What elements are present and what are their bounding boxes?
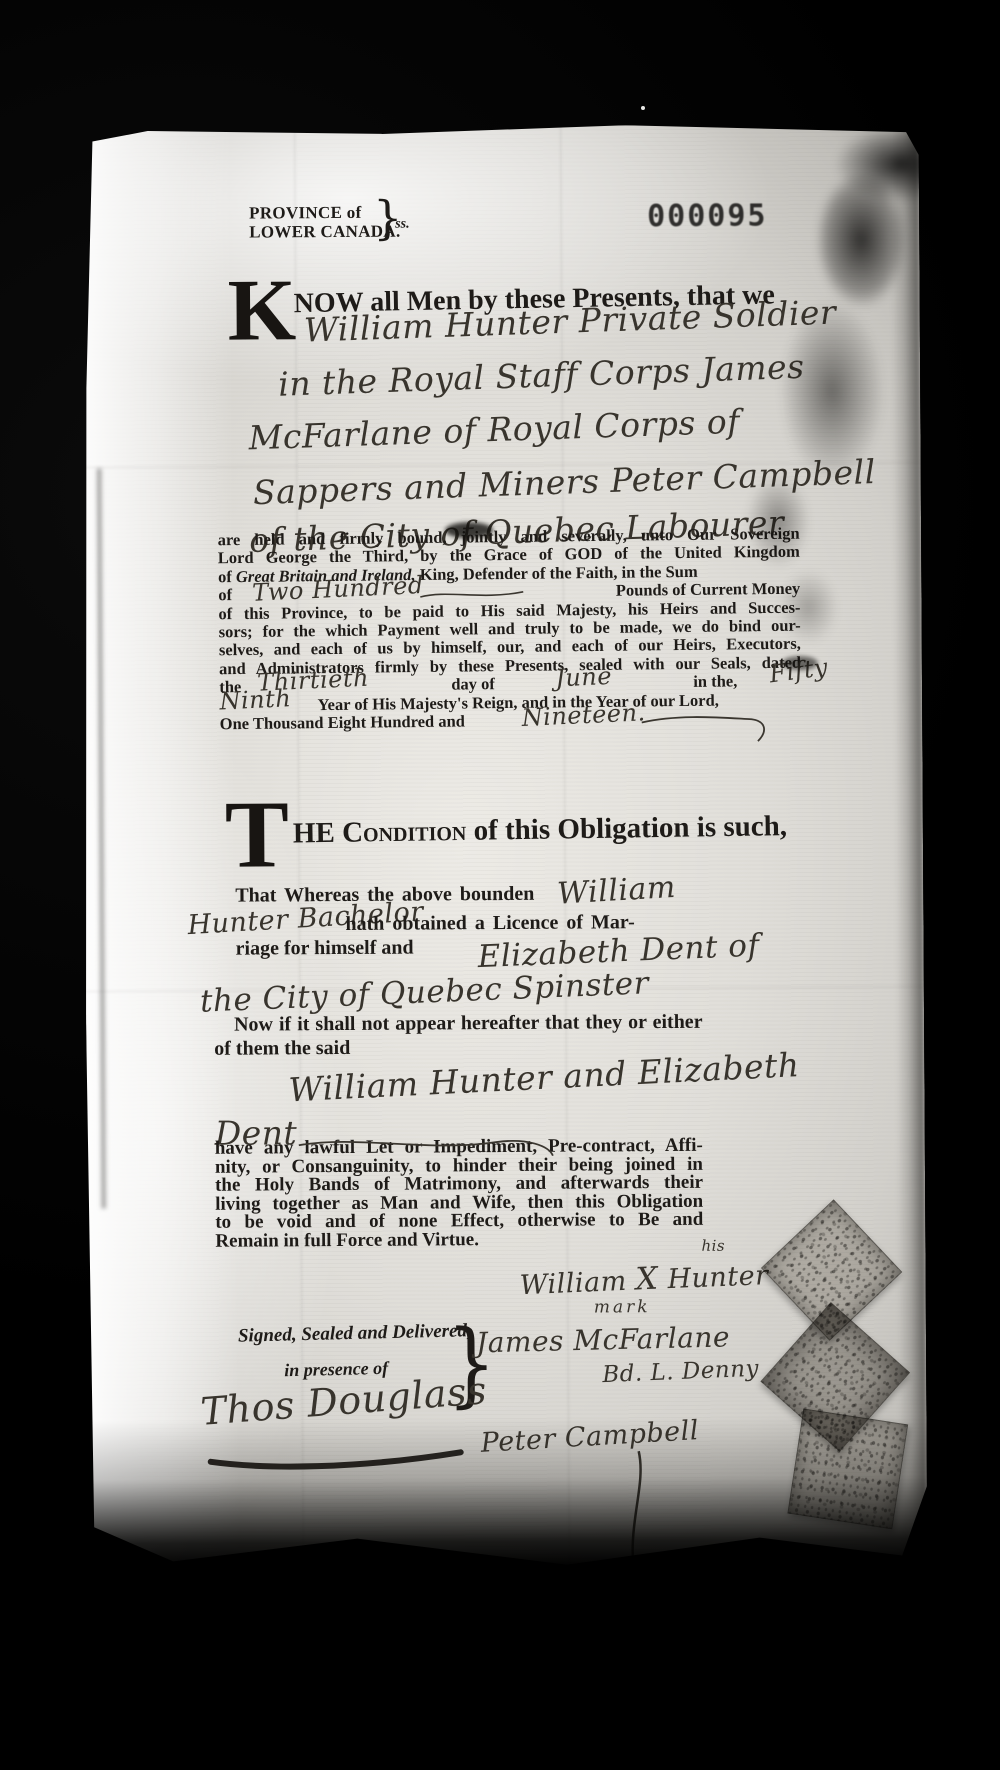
pen-flourish (297, 1130, 557, 1162)
now-line2: of them the said (214, 1037, 350, 1061)
text-segment: of (218, 586, 232, 605)
attestation-line1: Signed, Sealed and Delivered, (238, 1320, 472, 1348)
text-segment: One Thousand Eight Hundred and (220, 712, 465, 733)
signature-underline-flourish (207, 1444, 467, 1472)
ink-stain-top-right (681, 131, 934, 673)
text-segment: of (218, 567, 236, 586)
signature-descender-stroke (617, 1451, 658, 1585)
marriage-bond-paper: PROVINCE of LOWER CANADA. } ss. 000095 K… (81, 123, 928, 1570)
witness-signature: Thos Douglass (199, 1368, 488, 1434)
text-segment: day of (451, 675, 495, 694)
bondsman1-note: Bd. L. Denny (602, 1356, 760, 1388)
text-segment: of this Obligation is such, (466, 810, 787, 847)
text-segment: HE (293, 817, 343, 850)
dropcap-t: T (225, 799, 289, 868)
bondsman1-signature: James McFarlane (476, 1320, 731, 1359)
jurisdiction-abbrev: ss. (395, 217, 410, 233)
bondsman2-signature: Peter Campbell (480, 1415, 700, 1459)
text-segment: Hunter (667, 1260, 769, 1295)
handwritten-mark: mark (594, 1297, 651, 1317)
handwritten-groom-name-a: William (556, 870, 676, 912)
handwritten-regnal-year-b: Ninth (219, 689, 292, 711)
condition-heading: HE Condition of this Obligation is such, (293, 810, 788, 850)
handwritten-month: June (555, 667, 613, 688)
pen-flourish (640, 711, 770, 746)
handwritten-couple-names: William Hunter and Elizabeth (288, 1045, 801, 1109)
wafer-seal (787, 1409, 908, 1530)
handwritten-party-line: McFarlane of Royal Corps of (248, 402, 741, 458)
handwritten-his: his (701, 1237, 725, 1255)
groom-signature: William X Hunter (519, 1256, 769, 1302)
year-line: One Thousand Eight Hundred and Nineteen. (220, 709, 802, 734)
handwritten-sum: Two Hundred (252, 576, 424, 602)
whereas-line3: riage for himself and (236, 937, 414, 961)
text-segment: William (519, 1266, 627, 1301)
blank-filler-stroke (418, 587, 526, 602)
text-segment: in the, (693, 673, 737, 692)
scanned-document-page: PROVINCE of LOWER CANADA. } ss. 000095 K… (0, 0, 1000, 1770)
now-line1: Now if it shall not appear hereafter tha… (234, 1011, 703, 1037)
whereas-line2: hath obtained a Licence of Mar- (345, 911, 634, 936)
paragraph-line: Remain in full Force and Virtue. (215, 1230, 703, 1252)
signature-x-mark: X (635, 1261, 659, 1298)
handwritten-year: Nineteen. (521, 703, 646, 727)
condition-smallcaps: Condition (342, 815, 467, 849)
fold-shadow (96, 468, 108, 1208)
dust-speck (641, 106, 645, 110)
dropcap-k: K (228, 279, 297, 343)
